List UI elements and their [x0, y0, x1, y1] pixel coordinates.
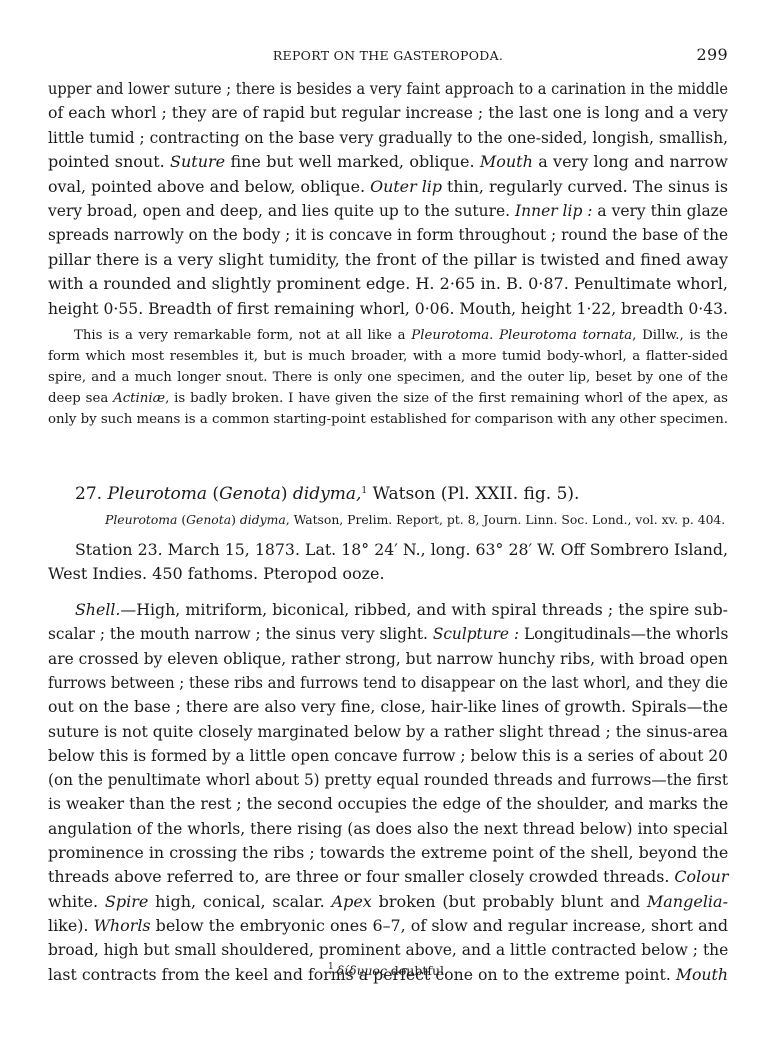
italic-term: Outer lip	[370, 177, 442, 196]
document-page: REPORT ON THE GASTEROPODA. 299 upper and…	[0, 0, 776, 1050]
continued-line: pointed snout. Suture fine but well mark…	[48, 152, 728, 172]
remarks-line: This is a very remarkable form, not at a…	[74, 327, 728, 345]
shell-line: Shell.—High, mitriform, biconical, ribbe…	[75, 600, 728, 620]
continued-line: little tumid ; contracting on the base v…	[48, 128, 728, 148]
continued-line: very broad, open and deep, and lies quit…	[48, 201, 728, 221]
footnote-text: doubtful.	[387, 963, 448, 978]
greek-word: δίδυμος	[337, 963, 387, 978]
shell-line: furrows between ; these ribs and furrows…	[48, 673, 728, 693]
italic-term: Shell.	[75, 600, 120, 619]
continued-line: height 0·55. Breadth of first remaining …	[48, 299, 728, 319]
italic-term: Genota	[186, 512, 231, 527]
italic-term: Inner lip :	[515, 201, 592, 220]
shell-line: white. Spire high, conical, scalar. Apex…	[48, 892, 728, 912]
italic-term: didyma	[240, 512, 286, 527]
running-head-title: REPORT ON THE GASTEROPODA.	[0, 48, 776, 63]
italic-term: Mouth	[480, 152, 533, 171]
shell-line: broad, high but small shouldered, promin…	[48, 940, 728, 960]
footnote-number: 1	[328, 962, 337, 972]
page-number: 299	[697, 45, 728, 64]
remarks-line: deep sea Actiniæ, is badly broken. I hav…	[48, 390, 728, 408]
italic-term: Apex	[332, 892, 372, 911]
italic-term: Actiniæ	[113, 391, 165, 406]
species-reference: Pleurotoma (Genota) didyma, Watson, Prel…	[105, 510, 725, 530]
shell-line: suture is not quite closely marginated b…	[48, 722, 728, 742]
italic-term: Sculpture :	[433, 624, 519, 643]
italic-term: Pleurotoma	[107, 484, 207, 504]
footnote-marker: 1	[361, 486, 367, 496]
italic-term: Pleurotoma.	[411, 328, 493, 343]
species-heading: 27. Pleurotoma (Genota) didyma,1 Watson …	[75, 484, 695, 504]
shell-line: (on the penultimate whorl about 5) prett…	[48, 770, 728, 790]
italic-term: Spire	[105, 892, 148, 911]
running-head: REPORT ON THE GASTEROPODA. 299	[0, 48, 776, 68]
remarks-line: form which most resembles it, but is muc…	[48, 348, 728, 366]
italic-term: Suture	[170, 152, 225, 171]
station-line-2: West Indies. 450 fathoms. Pteropod ooze.	[48, 564, 728, 584]
italic-term: Mangelia-	[647, 892, 728, 911]
remarks-line: only by such means is a common starting-…	[48, 411, 728, 429]
shell-line: prominence in crossing the ribs ; toward…	[48, 843, 728, 863]
italic-term: Colour	[674, 867, 728, 886]
italic-term: didyma,	[293, 484, 361, 504]
continued-line: spreads narrowly on the body ; it is con…	[48, 225, 728, 245]
italic-term: Pleurotoma tornata	[499, 328, 632, 343]
shell-line: angulation of the whorls, there rising (…	[48, 819, 728, 839]
shell-line: is weaker than the rest ; the second occ…	[48, 794, 728, 814]
remarks-line: spire, and a much longer snout. There is…	[48, 369, 728, 387]
continued-line: of each whorl ; they are of rapid but re…	[48, 103, 728, 123]
shell-line: like). Whorls below the embryonic ones 6…	[48, 916, 728, 936]
continued-line: with a rounded and slightly prominent ed…	[48, 274, 728, 294]
station-line-1: Station 23. March 15, 1873. Lat. 18° 24′…	[75, 540, 728, 560]
italic-term: Whorls	[94, 916, 151, 935]
shell-line: are crossed by eleven oblique, rather st…	[48, 649, 728, 669]
shell-line: scalar ; the mouth narrow ; the sinus ve…	[48, 624, 728, 644]
continued-line: pillar there is a very slight tumidity, …	[48, 250, 728, 270]
shell-line: below this is formed by a little open co…	[48, 746, 728, 766]
footnote: 1 δίδυμος doubtful.	[48, 961, 728, 981]
continued-line: upper and lower suture ; there is beside…	[48, 79, 728, 99]
shell-line: out on the base ; there are also very fi…	[48, 697, 728, 717]
italic-term: Pleurotoma	[105, 512, 177, 527]
continued-line: oval, pointed above and below, oblique. …	[48, 177, 728, 197]
italic-term: Genota	[219, 484, 281, 504]
shell-line: threads above referred to, are three or …	[48, 867, 728, 887]
